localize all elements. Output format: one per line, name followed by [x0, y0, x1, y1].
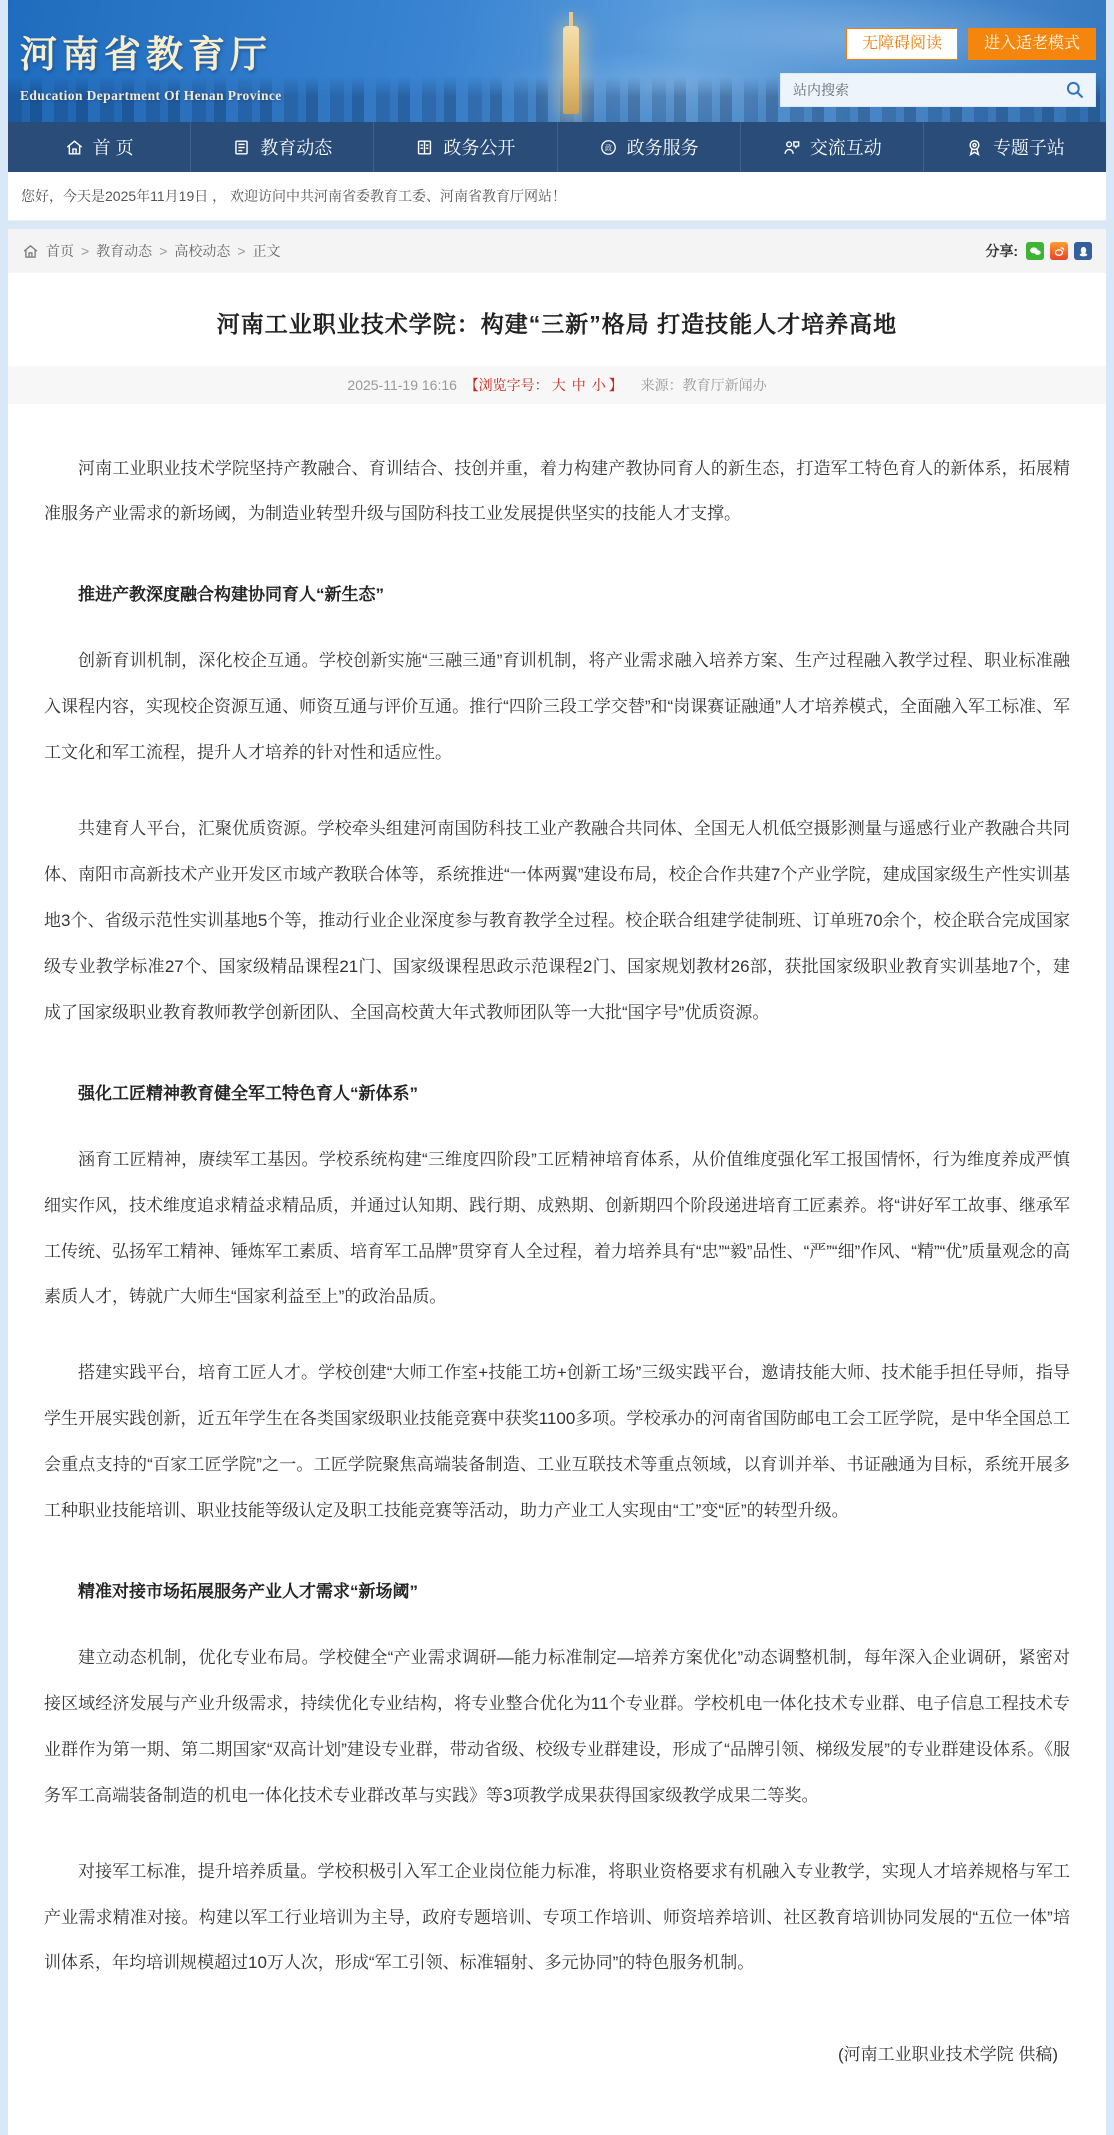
nav-item-home[interactable]: 首 页	[8, 122, 190, 172]
breadcrumb-separator: >	[237, 243, 245, 259]
breadcrumb-item-education-news[interactable]: 教育动态	[96, 241, 152, 261]
document-icon	[415, 138, 434, 157]
badge-icon	[965, 138, 984, 157]
source-value: 教育厅新闻办	[683, 377, 767, 393]
svg-text:政: 政	[605, 143, 612, 152]
article-paragraph: 对接军工标准，提升培养质量。学校积极引入军工企业岗位能力标准，将职业资格要求有机…	[44, 1849, 1070, 1987]
section-gap	[8, 221, 1106, 229]
breadcrumb-item-home[interactable]: 首页	[46, 241, 74, 261]
nav-item-label: 专题子站	[993, 134, 1065, 160]
article-title: 河南工业职业技术学院：构建“三新”格局 打造技能人才培养高地	[78, 307, 1036, 342]
font-size-label: 【浏览字号：	[465, 377, 549, 393]
breadcrumb-item-current: 正文	[253, 241, 281, 261]
breadcrumb: 首页 > 教育动态 > 高校动态 > 正文 分享:	[8, 229, 1106, 273]
page: 河南省教育厅 Education Department Of Henan Pro…	[8, 0, 1106, 2135]
article-datetime: 2025-11-19 16:16	[347, 377, 457, 393]
font-size-small-button[interactable]: 小	[592, 377, 606, 393]
section-heading: 精准对接市场拓展服务产业人才需求“新场阈”	[44, 1578, 1070, 1605]
banner-buttons: 无障碍阅读 进入适老模式	[780, 28, 1096, 60]
weibo-share-icon[interactable]	[1050, 242, 1068, 260]
section-heading: 推进产教深度融合构建协同育人“新生态”	[44, 581, 1070, 608]
article-body: 河南工业职业技术学院坚持产教融合、育训结合、技创并重，着力构建产教协同育人的新生…	[8, 404, 1106, 2066]
nav-item-label: 首 页	[93, 134, 134, 160]
nav-item-label: 交流互动	[810, 134, 882, 160]
article: 河南工业职业技术学院：构建“三新”格局 打造技能人才培养高地 2025-11-1…	[8, 273, 1106, 2135]
site-logo-subtitle: Education Department Of Henan Province	[20, 88, 282, 104]
source-label: 来源：	[641, 377, 683, 393]
article-paragraph: 涵育工匠精神，赓续军工基因。学校系统构建“三维度四阶段”工匠精神培育体系，从价值…	[44, 1137, 1070, 1321]
nav-item-interaction[interactable]: 交流互动	[740, 122, 923, 172]
nav-item-gov-disclosure[interactable]: 政务公开	[373, 122, 556, 172]
share-bar: 分享:	[985, 241, 1092, 261]
font-size-large-button[interactable]: 大	[552, 377, 566, 393]
banner-right-tools: 无障碍阅读 进入适老模式	[780, 28, 1096, 107]
article-paragraph: 河南工业职业技术学院坚持产教融合、育训结合、技创并重，着力构建产教协同育人的新生…	[44, 446, 1070, 538]
accessibility-reading-button[interactable]: 无障碍阅读	[846, 28, 958, 60]
nav-item-gov-services[interactable]: 政 政务服务	[557, 122, 740, 172]
interaction-icon	[782, 138, 801, 157]
greeting-bar: 您好，今天是2025年11月19日 ， 欢迎访问中共河南省委教育工委、河南省教育…	[8, 172, 1106, 221]
site-search-box	[780, 73, 1096, 107]
nav-item-education-news[interactable]: 教育动态	[190, 122, 373, 172]
site-logo-title: 河南省教育厅	[20, 24, 282, 78]
nav-item-label: 政务公开	[443, 134, 515, 160]
home-icon	[65, 138, 84, 157]
article-paragraph: 建立动态机制，优化专业布局。学校健全“产业需求调研—能力标准制定—培养方案优化”…	[44, 1635, 1070, 1819]
font-size-medium-button[interactable]: 中	[572, 377, 586, 393]
font-size-label-end: 】	[609, 377, 623, 393]
main-navigation: 首 页 教育动态 政务公开 政 政务服务 交流互动	[8, 122, 1106, 172]
news-icon	[232, 138, 251, 157]
nav-item-special-subsites[interactable]: 专题子站	[923, 122, 1106, 172]
zhengzhou-tower-image	[563, 26, 579, 114]
article-paragraph: 创新育训机制，深化校企互通。学校创新实施“三融三通”育训机制，将产业需求融入培养…	[44, 638, 1070, 776]
elder-mode-button[interactable]: 进入适老模式	[968, 28, 1096, 60]
section-heading: 强化工匠精神教育健全军工特色育人“新体系”	[44, 1080, 1070, 1107]
gov-service-icon: 政	[599, 138, 618, 157]
article-paragraph: 搭建实践平台，培育工匠人才。学校创建“大师工作室+技能工坊+创新工场”三级实践平…	[44, 1350, 1070, 1534]
breadcrumb-separator: >	[81, 243, 89, 259]
site-brand: 河南省教育厅 Education Department Of Henan Pro…	[20, 24, 282, 104]
nav-item-label: 政务服务	[627, 134, 699, 160]
search-icon[interactable]	[1065, 80, 1085, 100]
article-meta-bar: 2025-11-19 16:16 【浏览字号：大中小】 来源：教育厅新闻办	[8, 366, 1106, 404]
article-attribution: (河南工业职业技术学院 供稿)	[44, 2040, 1070, 2065]
breadcrumb-item-college-news[interactable]: 高校动态	[174, 241, 230, 261]
search-input[interactable]	[791, 81, 1065, 99]
site-header: 河南省教育厅 Education Department Of Henan Pro…	[8, 0, 1106, 122]
breadcrumb-home-icon	[22, 243, 39, 260]
article-paragraph: 共建育人平台，汇聚优质资源。学校牵头组建河南国防科技工业产教融合共同体、全国无人…	[44, 806, 1070, 1035]
qq-share-icon[interactable]	[1074, 242, 1092, 260]
nav-item-label: 教育动态	[260, 134, 332, 160]
share-label: 分享:	[985, 241, 1018, 261]
breadcrumb-separator: >	[159, 243, 167, 259]
wechat-share-icon[interactable]	[1026, 242, 1044, 260]
